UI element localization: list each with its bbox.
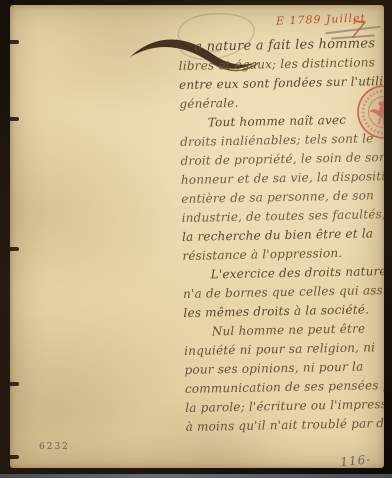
binding-notch [10,455,19,459]
photo-mat-edge [0,474,392,478]
inventory-number: 6232 [39,442,70,452]
manuscript-line: à moins qu'il n'ait troublé par des [185,414,384,437]
manuscript-page: E 1789 Juillet 7 a nature a fait les hom… [10,5,384,468]
folio-number: 116-61 [340,451,384,468]
manuscript-line: la recherche du bien être et la [182,224,384,247]
manuscript-text-block: a nature a fait les hommes libres et éga… [178,34,384,437]
binding-notch [10,117,19,121]
manuscript-line: entre eux sont fondées sur l'utilité [179,72,384,95]
binding-notch [10,382,19,386]
binding-notch [10,40,19,44]
binding-notch [10,247,19,251]
photograph-background: E 1789 Juillet 7 a nature a fait les hom… [0,0,392,478]
